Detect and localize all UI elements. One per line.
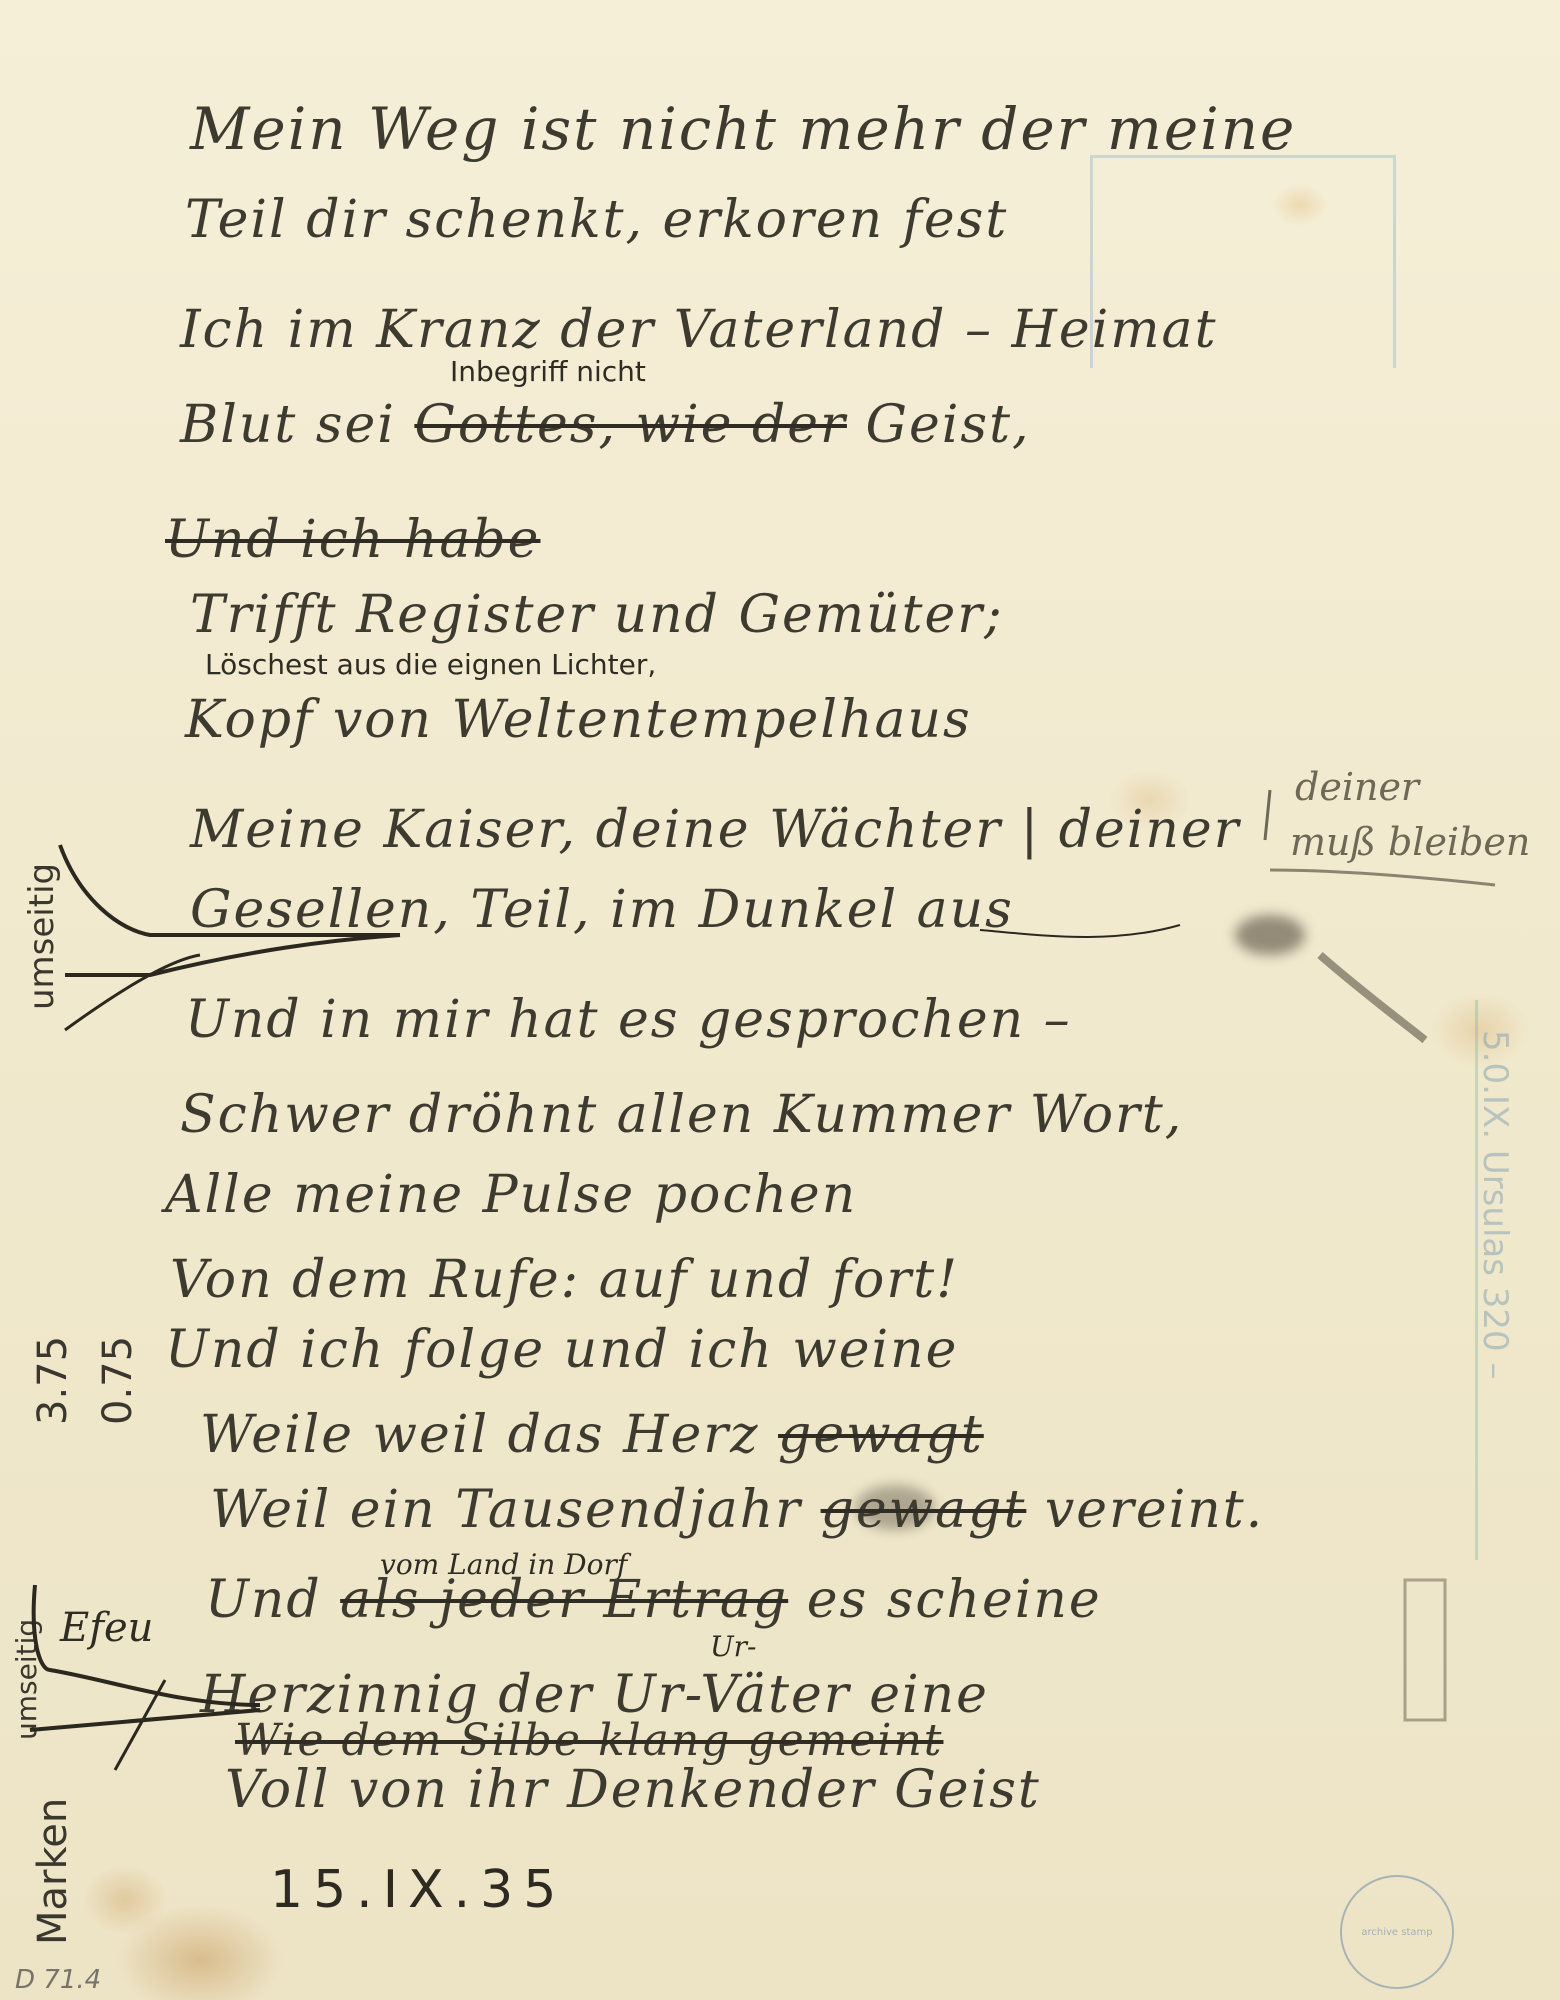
- archive-number: D 71.4: [15, 1965, 101, 1995]
- stamp-label: archive stamp: [1361, 1927, 1432, 1938]
- editorial-arrows: [0, 0, 1560, 2000]
- archive-stamp: archive stamp: [1340, 1875, 1454, 1989]
- manuscript-date: 15.IX.35: [270, 1860, 566, 1920]
